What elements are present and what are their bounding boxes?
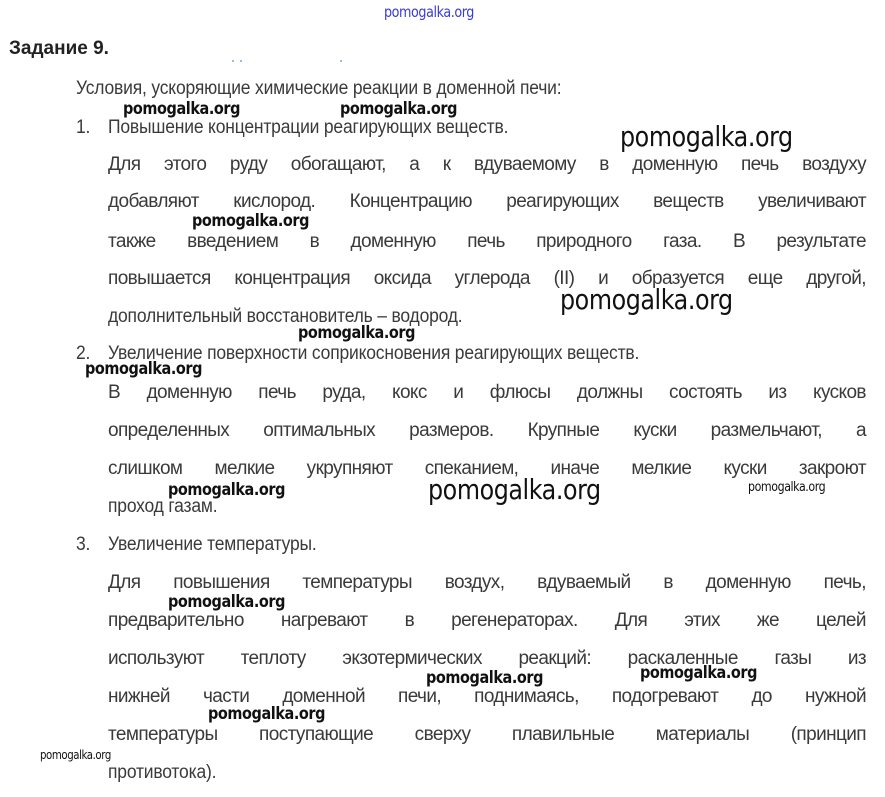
word: углерода xyxy=(455,268,530,290)
item-3-heading: Увеличение температуры. xyxy=(108,534,317,556)
speck xyxy=(340,60,342,62)
word: оптимальных xyxy=(263,420,375,442)
item-3-line-6: противотока). xyxy=(108,762,216,784)
word: (принцип xyxy=(791,724,866,746)
word: к xyxy=(443,154,451,176)
page-title: Задание 9. xyxy=(9,38,109,60)
word: нужной xyxy=(805,686,866,708)
word: и xyxy=(453,382,463,404)
word: кусков xyxy=(813,382,866,404)
word: до xyxy=(751,686,771,708)
item-1-number: 1. xyxy=(76,117,90,139)
word: температуры xyxy=(302,572,412,594)
word: доменную xyxy=(706,572,791,594)
word: воздух, xyxy=(445,572,505,594)
word: слишком xyxy=(108,458,182,480)
word: кокс xyxy=(392,382,427,404)
word: закроют xyxy=(799,458,866,480)
watermark: pomogalka.org xyxy=(428,473,601,506)
word: печь xyxy=(467,231,505,253)
watermark: pomogalka.org xyxy=(168,480,285,500)
watermark: pomogalka.org xyxy=(640,663,757,683)
watermark: pomogalka.org xyxy=(298,323,415,343)
watermark: pomogalka.org xyxy=(192,211,309,231)
word: из xyxy=(768,382,786,404)
word: обогащают, xyxy=(291,154,386,176)
item-3-line-5: температурыпоступающиесверхуплавильныема… xyxy=(108,724,866,746)
word: вдуваемый xyxy=(537,572,630,594)
word: доменную xyxy=(351,231,436,253)
word: куски xyxy=(633,420,676,442)
word: руда, xyxy=(322,382,365,404)
word: Для xyxy=(108,572,140,594)
word: предварительно xyxy=(108,610,244,632)
watermark: pomogalka.org xyxy=(560,283,733,316)
word: а xyxy=(856,420,866,442)
word: флюсы xyxy=(490,382,551,404)
word: в xyxy=(310,231,320,253)
item-3-number: 3. xyxy=(76,534,90,556)
word: температуры xyxy=(108,724,218,746)
word: газа. xyxy=(663,231,701,253)
word: Для xyxy=(108,154,140,176)
word: концентрация xyxy=(234,268,350,290)
watermark: pomogalka.org xyxy=(340,99,457,119)
watermark: pomogalka.org xyxy=(40,748,111,762)
word: определенных xyxy=(108,420,229,442)
word: Концентрацию xyxy=(350,191,472,213)
word: также xyxy=(108,231,156,253)
item-1-line-2: добавляюткислород.Концентрациюреагирующи… xyxy=(108,191,866,213)
word: газы xyxy=(774,648,811,670)
word: материалы xyxy=(656,724,749,746)
watermark: pomogalka.org xyxy=(748,480,825,495)
word: печь, xyxy=(824,572,866,594)
item-3-line-2: предварительнонагреваютврегенераторах.Дл… xyxy=(108,610,866,632)
item-1-line-1: Дляэтогорудуобогащают,аквдуваемомувдомен… xyxy=(108,154,866,176)
word: размеров. xyxy=(409,420,493,442)
word: нижней xyxy=(108,686,170,708)
item-1-heading: Повышение концентрации реагирующих вещес… xyxy=(108,117,508,139)
word: используют xyxy=(108,648,204,670)
word: другой, xyxy=(806,268,866,290)
word: воздуху xyxy=(802,154,866,176)
word: повышается xyxy=(108,268,211,290)
word: размельчают, xyxy=(711,420,822,442)
word: введением xyxy=(187,231,278,253)
word: доменную xyxy=(147,382,232,404)
watermark: pomogalka.org xyxy=(208,704,325,724)
word: печь xyxy=(741,154,779,176)
item-1-line-4: повышаетсяконцентрацияоксидауглерода(II)… xyxy=(108,268,866,290)
word: печи, xyxy=(398,686,441,708)
word: реакций: xyxy=(518,648,591,670)
word: из xyxy=(848,648,866,670)
word: вдуваемому xyxy=(474,154,576,176)
word: нагревают xyxy=(281,610,368,632)
item-1-line-3: такжевведениемвдоменнуюпечьприродногогаз… xyxy=(108,231,866,253)
word: а xyxy=(409,154,419,176)
word: доменную xyxy=(632,154,717,176)
word: еще xyxy=(748,268,783,290)
word: подогревают xyxy=(612,686,719,708)
word: оксида xyxy=(374,268,431,290)
word: сверху xyxy=(415,724,471,746)
word: поступающие xyxy=(259,724,373,746)
word: плавильные xyxy=(512,724,614,746)
watermark: pomogalka.org xyxy=(123,99,240,119)
word: в xyxy=(599,154,609,176)
watermark: pomogalka.org xyxy=(426,668,543,688)
word: природного xyxy=(536,231,631,253)
word: должны xyxy=(577,382,643,404)
watermark: pomogalka.org xyxy=(168,592,285,612)
header-watermark: pomogalka.org xyxy=(384,3,474,21)
speck xyxy=(240,60,242,62)
word: Крупные xyxy=(528,420,600,442)
word: теплоту xyxy=(241,648,306,670)
word: В xyxy=(108,382,120,404)
word: увеличивают xyxy=(758,191,866,213)
word: этих xyxy=(684,610,720,632)
word: реагирующих xyxy=(506,191,619,213)
word: руду xyxy=(230,154,267,176)
word: кислород. xyxy=(233,191,315,213)
word: поднимаясь, xyxy=(474,686,579,708)
speck xyxy=(232,60,234,62)
item-2-line-2: определенныхоптимальныхразмеров.Крупныек… xyxy=(108,420,866,442)
item-3-line-1: Дляповышениятемпературывоздух,вдуваемыйв… xyxy=(108,572,866,594)
word: в xyxy=(405,610,415,632)
word: целей xyxy=(816,610,866,632)
watermark: pomogalka.org xyxy=(620,120,793,153)
watermark: pomogalka.org xyxy=(85,359,202,379)
word: в xyxy=(663,572,673,594)
word: состоять xyxy=(669,382,742,404)
intro-text: Условия, ускоряющие химические реакции в… xyxy=(76,78,561,100)
word: же xyxy=(757,610,779,632)
word: Для xyxy=(615,610,647,632)
word: мелкие xyxy=(215,458,275,480)
word: экзотермических xyxy=(342,648,482,670)
word: укрупняют xyxy=(307,458,393,480)
word: добавляют xyxy=(108,191,199,213)
word: В xyxy=(733,231,745,253)
word: регенераторах. xyxy=(451,610,578,632)
word: печь xyxy=(258,382,296,404)
word: куски xyxy=(724,458,767,480)
item-2-line-1: Вдоменнуюпечьруда,коксифлюсыдолжнысостоя… xyxy=(108,382,866,404)
word: результате xyxy=(776,231,866,253)
word: веществ xyxy=(653,191,724,213)
word: мелкие xyxy=(631,458,691,480)
word: этого xyxy=(164,154,206,176)
word: повышения xyxy=(173,572,269,594)
